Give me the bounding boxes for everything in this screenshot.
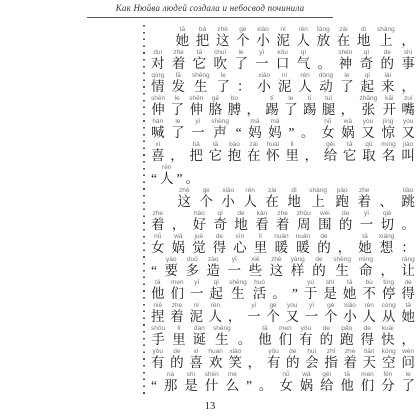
ruby-unit: le了 bbox=[171, 118, 185, 141]
running-header: Как Нюйва людей создала и небосвод почин… bbox=[0, 3, 420, 13]
hanzi-text: 对 bbox=[151, 57, 165, 72]
ruby-unit: rén人 bbox=[296, 26, 310, 49]
hanzi-text: 个 bbox=[199, 195, 213, 210]
hanzi-text: 踢 bbox=[265, 103, 279, 118]
hanzi-text: 喊 bbox=[151, 126, 165, 141]
hanzi-text: 她 bbox=[176, 34, 190, 49]
ruby-unit: 。 bbox=[272, 279, 286, 302]
ruby-unit: 。 bbox=[401, 210, 415, 233]
book-page: Как Нюйва людей создала и небосвод почин… bbox=[0, 0, 420, 420]
hanzi-text: 上 bbox=[379, 34, 393, 49]
ruby-unit: yī一 bbox=[190, 279, 204, 302]
ruby-unit: ní泥 bbox=[189, 302, 203, 325]
text-line: tā他men们yī一qǐ起shēng生huó活。”yú于shì是tā她bù不tí… bbox=[151, 278, 415, 301]
hanzi-text: 地 bbox=[357, 34, 371, 49]
ruby-unit: tā她 bbox=[358, 233, 372, 256]
hanzi-text: ， bbox=[338, 241, 352, 256]
hanzi-text: 暖 bbox=[275, 241, 289, 256]
ruby-unit: ， bbox=[401, 26, 415, 49]
hanzi-text: 一 bbox=[360, 218, 374, 233]
ruby-unit: rén人 bbox=[243, 187, 257, 210]
hanzi-text: 是 bbox=[323, 287, 337, 302]
hanzi-text: 多 bbox=[186, 264, 200, 279]
ruby-unit: qǔ取 bbox=[362, 141, 376, 164]
hanzi-text: 造 bbox=[207, 264, 221, 279]
hanzi-text: 着 bbox=[172, 57, 186, 72]
hanzi-text: 的 bbox=[312, 264, 326, 279]
ruby-unit: dòng动 bbox=[319, 72, 333, 95]
ruby-unit: ， bbox=[246, 95, 260, 118]
ruby-unit: 。 bbox=[186, 164, 200, 187]
hanzi-text: 地 bbox=[287, 195, 301, 210]
hanzi-text: 跳 bbox=[401, 195, 415, 210]
ruby-unit: yī一 bbox=[255, 49, 269, 72]
ruby-unit: ， bbox=[380, 256, 394, 279]
ruby-unit: yào要 bbox=[165, 256, 179, 279]
hanzi-text: 周 bbox=[297, 218, 311, 233]
ruby-unit: yòu又 bbox=[361, 118, 375, 141]
hanzi-text: 着 bbox=[343, 356, 357, 371]
ruby-unit: “ bbox=[151, 256, 157, 279]
hanzi-text: 得 bbox=[213, 241, 227, 256]
ruby-unit: ràng让 bbox=[401, 256, 415, 279]
ruby-unit: huái怀 bbox=[266, 141, 280, 164]
hanzi-text: 妈 bbox=[268, 126, 282, 141]
ruby-unit: 。 bbox=[318, 49, 332, 72]
text-line: “yào要duō多zào造yī一xiē些zhè这yàng样de的shēng生mì… bbox=[151, 255, 415, 278]
hanzi-text: 那 bbox=[164, 379, 178, 394]
ruby-unit: ge个 bbox=[236, 26, 250, 49]
ruby-unit: de的 bbox=[286, 348, 300, 371]
hanzi-text: 了 bbox=[340, 80, 354, 95]
ruby-unit: zhōu周 bbox=[297, 210, 311, 233]
text-line: xǐ喜，bǎ把tā它bào抱zài在huái怀lǐ里，gěi给tā它qǔ取mín… bbox=[151, 140, 415, 163]
hanzi-text: 空 bbox=[382, 356, 396, 371]
hanzi-text: 了 bbox=[217, 80, 231, 95]
ruby-unit: yòu又 bbox=[401, 118, 415, 141]
hanzi-text: 在 bbox=[337, 34, 351, 49]
ruby-unit: tiān天 bbox=[363, 348, 377, 371]
ruby-unit: tiào跳 bbox=[401, 187, 415, 210]
ruby-unit: 。 bbox=[238, 325, 252, 348]
hanzi-text: 暖 bbox=[296, 241, 310, 256]
hanzi-text: 生 bbox=[194, 80, 208, 95]
hanzi-text: 有 bbox=[267, 356, 281, 371]
hanzi-text: 发 bbox=[171, 80, 185, 95]
hanzi-text: 怀 bbox=[266, 149, 280, 164]
ruby-unit: yǒu有 bbox=[299, 325, 313, 348]
hanzi-text: 一 bbox=[255, 57, 269, 72]
ruby-unit: gè个 bbox=[324, 302, 338, 325]
hanzi-text: ， bbox=[401, 80, 415, 95]
hanzi-text: 口 bbox=[276, 57, 290, 72]
ruby-unit: tíng停 bbox=[382, 279, 396, 302]
ruby-unit: le了 bbox=[284, 95, 298, 118]
hanzi-text: 生 bbox=[335, 264, 349, 279]
hanzi-text: 开 bbox=[383, 103, 397, 118]
hanzi-text: 取 bbox=[362, 149, 376, 164]
hanzi-text: ： bbox=[237, 80, 251, 95]
page-number: 13 bbox=[87, 401, 333, 412]
ruby-unit: nà那 bbox=[164, 371, 178, 394]
hanzi-text: 一 bbox=[305, 310, 319, 325]
hanzi-text: 抱 bbox=[228, 149, 242, 164]
hanzi-text: 女 bbox=[321, 126, 335, 141]
hanzi-text: ， bbox=[401, 34, 415, 49]
hanzi-text: 从 bbox=[382, 310, 396, 325]
hanzi-text: 。 bbox=[318, 57, 332, 72]
ruby-unit: ge个 bbox=[199, 187, 213, 210]
hanzi-text: 胳 bbox=[209, 103, 223, 118]
ruby-unit: nǚ女 bbox=[321, 118, 335, 141]
hanzi-text: 里 bbox=[285, 149, 299, 164]
hanzi-text: 这 bbox=[177, 195, 191, 210]
ruby-unit: de的 bbox=[320, 325, 334, 348]
hanzi-text: 的 bbox=[170, 356, 184, 371]
ruby-unit: le了 bbox=[217, 72, 231, 95]
ruby-unit: míng名 bbox=[381, 141, 395, 164]
hanzi-text: 泥 bbox=[278, 80, 292, 95]
ruby-unit: zài在 bbox=[265, 187, 279, 210]
hanzi-text: 于 bbox=[304, 287, 318, 302]
ruby-unit: fā发 bbox=[171, 72, 185, 95]
ruby-unit: qíng情 bbox=[151, 72, 165, 95]
hanzi-text: 在 bbox=[247, 149, 261, 164]
hanzi-text: 的 bbox=[339, 218, 353, 233]
ruby-unit: wèn问 bbox=[401, 348, 415, 371]
hanzi-text: 了 bbox=[284, 103, 298, 118]
ruby-unit: ” bbox=[292, 279, 298, 302]
ruby-unit: rén人 bbox=[160, 164, 174, 187]
ruby-unit: zhe着 bbox=[172, 49, 186, 72]
ruby-unit: shēn伸 bbox=[189, 95, 203, 118]
ruby-unit: shàng上 bbox=[309, 187, 327, 210]
ruby-unit: yàng样 bbox=[291, 256, 305, 279]
ruby-unit: shēn伸 bbox=[151, 95, 165, 118]
ruby-unit: yī一 bbox=[305, 302, 319, 325]
hanzi-text: 生 bbox=[231, 287, 245, 302]
ruby-unit: cóng从 bbox=[382, 302, 396, 325]
ruby-unit: ní泥 bbox=[276, 26, 290, 49]
text-line: qíng情fā发shēng生le了：xiǎo小ní泥rén人dòng动le了qǐ… bbox=[151, 71, 415, 94]
hanzi-text: 气 bbox=[297, 57, 311, 72]
ruby-unit: zhè这 bbox=[216, 26, 230, 49]
hanzi-text: 人 bbox=[160, 172, 174, 187]
ruby-unit: qǐ起 bbox=[361, 72, 375, 95]
hanzi-text: 。 bbox=[186, 172, 200, 187]
ruby-unit: bào抱 bbox=[228, 141, 242, 164]
hanzi-text: 放 bbox=[317, 34, 331, 49]
hanzi-text: ， bbox=[246, 103, 260, 118]
ruby-unit: nǚ女 bbox=[151, 233, 165, 256]
hanzi-text: 它 bbox=[209, 149, 223, 164]
hanzi-text: ” bbox=[292, 287, 298, 302]
hanzi-text: 的 bbox=[317, 241, 331, 256]
hanzi-text: ， bbox=[380, 264, 394, 279]
hanzi-text: 她 bbox=[401, 310, 415, 325]
ruby-unit: tā他 bbox=[151, 279, 165, 302]
ruby-unit: wā娲 bbox=[300, 371, 314, 394]
hanzi-text: 人 bbox=[298, 80, 312, 95]
ruby-unit: shì是 bbox=[184, 371, 198, 394]
ruby-unit: shēng生 bbox=[192, 72, 210, 95]
hanzi-text: 想 bbox=[380, 241, 394, 256]
ruby-unit: pǎo跑 bbox=[340, 325, 354, 348]
hanzi-text: ， bbox=[172, 218, 186, 233]
ruby-unit: tuǐ腿 bbox=[322, 95, 336, 118]
ruby-unit: qì气 bbox=[297, 49, 311, 72]
hanzi-text: 跑 bbox=[335, 195, 349, 210]
ruby-unit: huó活 bbox=[253, 279, 267, 302]
ruby-unit: shì是 bbox=[323, 279, 337, 302]
ruby-unit: gē胳 bbox=[209, 95, 223, 118]
hanzi-text: 张 bbox=[362, 103, 376, 118]
ruby-unit: niē捏 bbox=[151, 302, 165, 325]
hanzi-text: 会 bbox=[305, 356, 319, 371]
hanzi-text: 有 bbox=[151, 356, 165, 371]
ruby-unit: xiǎo小 bbox=[257, 72, 271, 95]
hanzi-text: 得 bbox=[361, 333, 375, 348]
hanzi-text: 起 bbox=[361, 80, 375, 95]
hanzi-text: 些 bbox=[249, 264, 263, 279]
ruby-unit: ， bbox=[401, 72, 415, 95]
hanzi-text: 小 bbox=[221, 195, 235, 210]
hanzi-text: 喜 bbox=[151, 149, 165, 164]
ruby-unit: pǎo跑 bbox=[335, 187, 349, 210]
hanzi-text: 又 bbox=[401, 126, 415, 141]
ruby-unit: bǎ把 bbox=[196, 26, 210, 49]
hanzi-text: 天 bbox=[363, 356, 377, 371]
ruby-unit: mìng命 bbox=[358, 256, 372, 279]
text-line: nǚ女wā娲jué觉de得xīn心lǐ里nuǎn暖nuǎn暖de的，tā她xiǎ… bbox=[151, 232, 415, 255]
hanzi-text: 个 bbox=[324, 310, 338, 325]
ruby-unit: jué觉 bbox=[192, 233, 206, 256]
ruby-unit: lǐ里 bbox=[172, 325, 186, 348]
hanzi-text: 里 bbox=[254, 241, 268, 256]
ruby-unit: nuǎn暖 bbox=[296, 233, 310, 256]
hanzi-text: ” bbox=[177, 172, 183, 187]
hanzi-text: 了 bbox=[171, 126, 185, 141]
ruby-unit: zuǐ嘴 bbox=[401, 95, 415, 118]
text-line: hǎn喊le了yī一shēng声“mā妈mā妈”。nǚ女wā娲yòu又jīng惊… bbox=[151, 117, 415, 140]
ruby-unit: yòu又 bbox=[286, 302, 300, 325]
ruby-unit: xǐ喜 bbox=[189, 348, 203, 371]
hanzi-text: 捏 bbox=[151, 310, 165, 325]
hanzi-text: 动 bbox=[319, 80, 333, 95]
ruby-unit: ní泥 bbox=[278, 72, 292, 95]
hanzi-text: 指 bbox=[324, 356, 338, 371]
hanzi-text: 她 bbox=[358, 241, 372, 256]
ruby-unit: shì事 bbox=[401, 49, 415, 72]
ruby-unit: yǒu有 bbox=[151, 348, 165, 371]
hanzi-text: 一 bbox=[191, 126, 205, 141]
hanzi-text: 了 bbox=[170, 103, 184, 118]
ruby-unit: ， bbox=[172, 210, 186, 233]
hanzi-text: 不 bbox=[362, 287, 376, 302]
hanzi-text: 人 bbox=[243, 195, 257, 210]
ruby-unit: tā它 bbox=[343, 141, 357, 164]
hanzi-text: 惊 bbox=[381, 126, 395, 141]
ruby-unit: hào好 bbox=[193, 210, 207, 233]
hanzi-text: 一 bbox=[228, 264, 242, 279]
ruby-unit: zhe着 bbox=[357, 187, 371, 210]
hanzi-text: 了 bbox=[234, 57, 248, 72]
ruby-unit: “ bbox=[151, 371, 157, 394]
ruby-unit: fēn分 bbox=[381, 371, 395, 394]
ruby-unit: tī踢 bbox=[265, 95, 279, 118]
hanzi-text: 了 bbox=[401, 379, 415, 394]
hanzi-text: 名 bbox=[382, 149, 396, 164]
hanzi-text: 吹 bbox=[213, 57, 227, 72]
hanzi-text: 生 bbox=[215, 333, 229, 348]
ruby-unit: de的 bbox=[317, 233, 331, 256]
hanzi-text: 地 bbox=[234, 218, 248, 233]
ruby-unit: de的 bbox=[339, 210, 353, 233]
hanzi-text: ， bbox=[170, 149, 184, 164]
hanzi-text: 问 bbox=[401, 356, 415, 371]
ruby-unit: zhǐ指 bbox=[324, 348, 338, 371]
hanzi-text: 娲 bbox=[172, 241, 186, 256]
hanzi-text: 声 bbox=[213, 126, 227, 141]
hanzi-text: 觉 bbox=[192, 241, 206, 256]
hanzi-text: ， bbox=[305, 149, 319, 164]
ruby-unit: ” bbox=[288, 118, 294, 141]
ruby-unit: de的 bbox=[312, 256, 326, 279]
text-block: tā她bǎ把zhè这ge个xiǎo小ní泥rén人fàng放zài在dì地shà… bbox=[151, 25, 415, 393]
ruby-unit: kōng空 bbox=[382, 348, 396, 371]
hanzi-text: ， bbox=[228, 310, 242, 325]
ruby-unit: ” bbox=[177, 164, 183, 187]
ruby-unit: zhe着 bbox=[276, 210, 290, 233]
ruby-unit: de的 bbox=[381, 49, 395, 72]
hanzi-text: 的 bbox=[286, 356, 300, 371]
ruby-unit: bo膊 bbox=[228, 95, 242, 118]
hanzi-text: 喜 bbox=[189, 356, 203, 371]
ruby-unit: yǒu有 bbox=[267, 348, 281, 371]
text-line: “nà那shì是shén什me么”。nǚ女wā娲gěi给tā他men们fēn分l… bbox=[151, 370, 415, 393]
hanzi-text: ” bbox=[246, 379, 252, 394]
hanzi-text: 娲 bbox=[341, 126, 355, 141]
hanzi-text: 女 bbox=[151, 241, 165, 256]
ruby-unit: bù不 bbox=[362, 279, 376, 302]
hanzi-text: 人 bbox=[209, 310, 223, 325]
hanzi-text: 诞 bbox=[193, 333, 207, 348]
ruby-unit: de的 bbox=[170, 348, 184, 371]
hanzi-text: 么 bbox=[226, 379, 240, 394]
ruby-unit: xiǎo小 bbox=[256, 26, 270, 49]
ruby-unit: xiǎo小 bbox=[221, 187, 235, 210]
hanzi-text: 的 bbox=[320, 333, 334, 348]
hanzi-text: 。 bbox=[259, 379, 273, 394]
ruby-unit: tā她 bbox=[343, 279, 357, 302]
hanzi-text: 让 bbox=[401, 264, 415, 279]
ruby-unit: zhāng张 bbox=[360, 95, 378, 118]
hanzi-text: 着 bbox=[170, 310, 184, 325]
ruby-unit: tā他 bbox=[340, 371, 354, 394]
hanzi-text: “ bbox=[236, 126, 242, 141]
hanzi-text: 。 bbox=[272, 287, 286, 302]
hanzi-text: 人 bbox=[362, 310, 376, 325]
hanzi-text: 这 bbox=[270, 264, 284, 279]
ruby-unit: kuài快 bbox=[381, 325, 395, 348]
ruby-unit: shēng生 bbox=[333, 256, 351, 279]
ruby-unit: jiào叫 bbox=[401, 141, 415, 164]
ruby-unit: de得 bbox=[361, 325, 375, 348]
hanzi-text: 在 bbox=[265, 195, 279, 210]
ruby-unit: me么 bbox=[226, 371, 240, 394]
ruby-unit: duì对 bbox=[151, 49, 165, 72]
hanzi-text: 这 bbox=[216, 34, 230, 49]
ruby-unit: zhè这 bbox=[270, 256, 284, 279]
hanzi-text: 奇 bbox=[213, 218, 227, 233]
hanzi-text: ： bbox=[401, 241, 415, 256]
hanzi-text: 小 bbox=[343, 310, 357, 325]
ruby-unit: shén神 bbox=[338, 49, 352, 72]
hanzi-text: 停 bbox=[382, 287, 396, 302]
ruby-unit: 。 bbox=[259, 371, 273, 394]
ruby-unit: mā妈 bbox=[248, 118, 262, 141]
ruby-unit: wā娲 bbox=[172, 233, 186, 256]
ruby-unit: wā娲 bbox=[341, 118, 355, 141]
hanzi-text: 情 bbox=[151, 80, 165, 95]
ruby-unit: gè个 bbox=[266, 302, 280, 325]
hanzi-text: 活 bbox=[253, 287, 267, 302]
ruby-unit: tī踢 bbox=[303, 95, 317, 118]
ruby-unit: xiǎo小 bbox=[343, 302, 357, 325]
ruby-unit: yī一 bbox=[228, 256, 242, 279]
hanzi-text: 叫 bbox=[401, 149, 415, 164]
hanzi-text: 伸 bbox=[151, 103, 165, 118]
ruby-unit: ， bbox=[228, 302, 242, 325]
text-line: zhe着，hào好qí奇de地kàn看zhe着zhōu周wéi围de的yī一qi… bbox=[151, 209, 415, 232]
hanzi-text: 分 bbox=[381, 379, 395, 394]
ruby-unit: 、 bbox=[379, 187, 393, 210]
ruby-unit: hǎn喊 bbox=[151, 118, 165, 141]
hanzi-text: 们 bbox=[279, 333, 293, 348]
ruby-unit: ， bbox=[248, 348, 262, 371]
hanzi-text: 它 bbox=[343, 149, 357, 164]
text-line: tā她bǎ把zhè这ge个xiǎo小ní泥rén人fàng放zài在dì地shà… bbox=[151, 25, 415, 48]
hanzi-text: “ bbox=[151, 379, 157, 394]
hanzi-text: 。 bbox=[401, 218, 415, 233]
hanzi-text: 的 bbox=[381, 57, 395, 72]
hanzi-text: 笑 bbox=[229, 356, 243, 371]
ruby-unit: rén人 bbox=[298, 72, 312, 95]
ruby-unit: dì地 bbox=[287, 187, 301, 210]
hanzi-text: 什 bbox=[205, 379, 219, 394]
ruby-unit: tā她 bbox=[176, 26, 190, 49]
ruby-unit: ， bbox=[401, 325, 415, 348]
hanzi-text: 人 bbox=[296, 34, 310, 49]
ruby-unit: men们 bbox=[279, 325, 293, 348]
hanzi-text: 心 bbox=[233, 241, 247, 256]
ruby-unit: shēng声 bbox=[211, 118, 229, 141]
ruby-unit: dì地 bbox=[357, 26, 371, 49]
hanzi-text: 给 bbox=[324, 149, 338, 164]
hanzi-text: 又 bbox=[361, 126, 375, 141]
hanzi-text: 她 bbox=[343, 287, 357, 302]
ruby-unit: xīn心 bbox=[233, 233, 247, 256]
ruby-unit: huì会 bbox=[305, 348, 319, 371]
hanzi-text: 是 bbox=[184, 379, 198, 394]
ruby-unit: qí奇 bbox=[360, 49, 374, 72]
ruby-unit: ： bbox=[237, 72, 251, 95]
hanzi-text: 来 bbox=[381, 80, 395, 95]
hanzi-text: 泥 bbox=[189, 310, 203, 325]
hanzi-text: 有 bbox=[299, 333, 313, 348]
hanzi-text: 把 bbox=[189, 149, 203, 164]
hanzi-text: “ bbox=[151, 264, 157, 279]
